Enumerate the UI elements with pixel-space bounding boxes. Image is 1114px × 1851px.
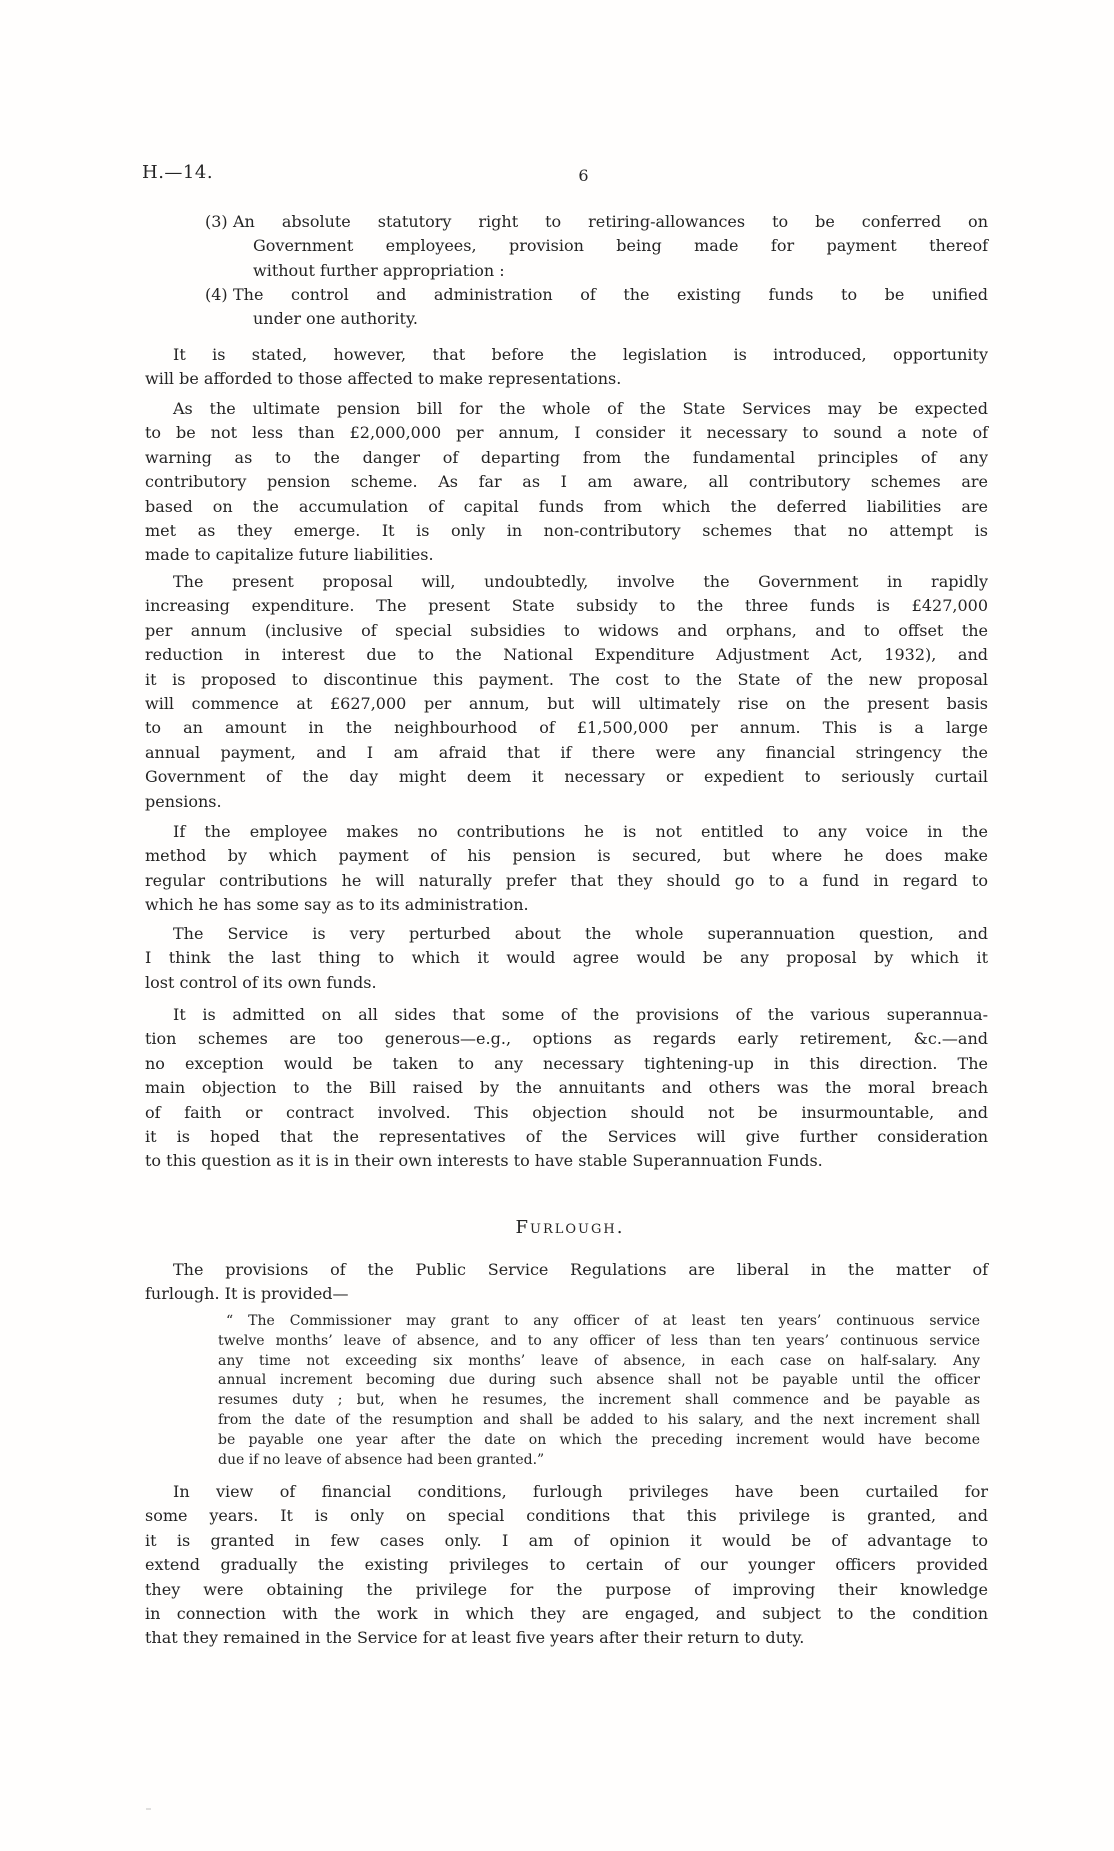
list-item-4: (4) The control and administration of th… bbox=[253, 283, 988, 332]
list-item-4-text: The control and administration of the ex… bbox=[253, 283, 988, 332]
paragraph-furlough-closing: In view of financial conditions, furloug… bbox=[145, 1480, 988, 1651]
furlough-section-heading: Furlough. bbox=[145, 1217, 995, 1238]
list-item-3: (3) An absolute statutory right to retir… bbox=[253, 210, 988, 283]
scanned-document-page: H.—14. 6 (3) An absolute statutory right… bbox=[0, 0, 1114, 1851]
list-item-3-text: An absolute statutory right to retiring-… bbox=[253, 210, 988, 283]
regulation-blockquote: “ The Commissioner may grant to any offi… bbox=[218, 1312, 980, 1470]
list-item-4-number: (4) bbox=[205, 283, 228, 307]
page-number: 6 bbox=[162, 166, 1005, 185]
paragraph-state-subsidy-cost: The present proposal will, undoubtedly, … bbox=[145, 570, 988, 814]
paragraph-employee-contributions: If the employee makes no contributions h… bbox=[145, 820, 988, 918]
list-item-3-number: (3) bbox=[205, 210, 228, 234]
scan-speck bbox=[146, 1808, 151, 1810]
paragraph-representations: It is stated, however, that before the l… bbox=[145, 343, 988, 392]
paragraph-furlough-intro: The provisions of the Public Service Reg… bbox=[145, 1258, 988, 1307]
paragraph-pension-bill-warning: As the ultimate pension bill for the who… bbox=[145, 397, 988, 568]
paragraph-schemes-too-generous: It is admitted on all sides that some of… bbox=[145, 1003, 988, 1174]
paragraph-service-perturbed: The Service is very perturbed about the … bbox=[145, 922, 988, 995]
